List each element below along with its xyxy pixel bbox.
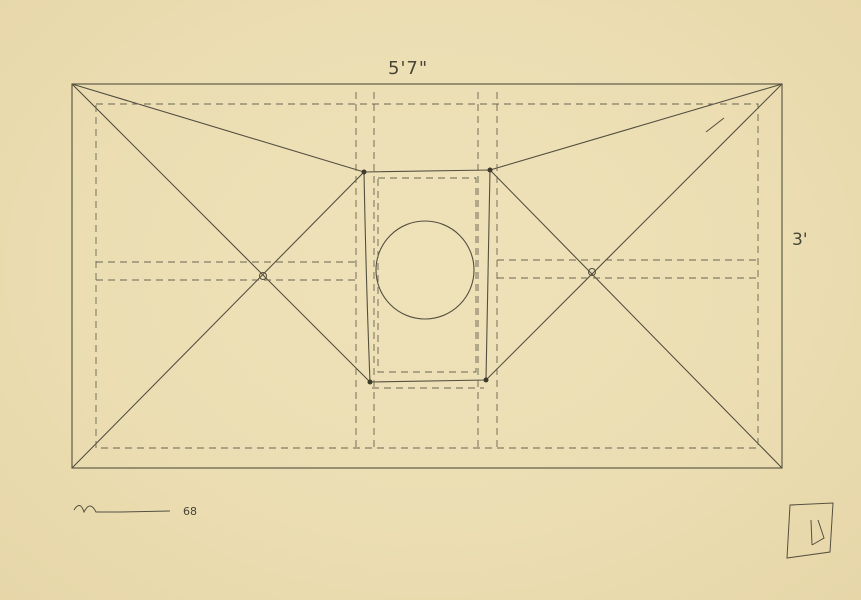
paper-sheet: 5'7" 3' 68 [0, 0, 861, 600]
drawing [0, 0, 861, 600]
outer-rectangle [72, 84, 782, 468]
dimension-width-label: 5'7" [388, 58, 428, 79]
dimension-height-label: 3' [792, 230, 808, 250]
year-label: 68 [183, 505, 197, 518]
